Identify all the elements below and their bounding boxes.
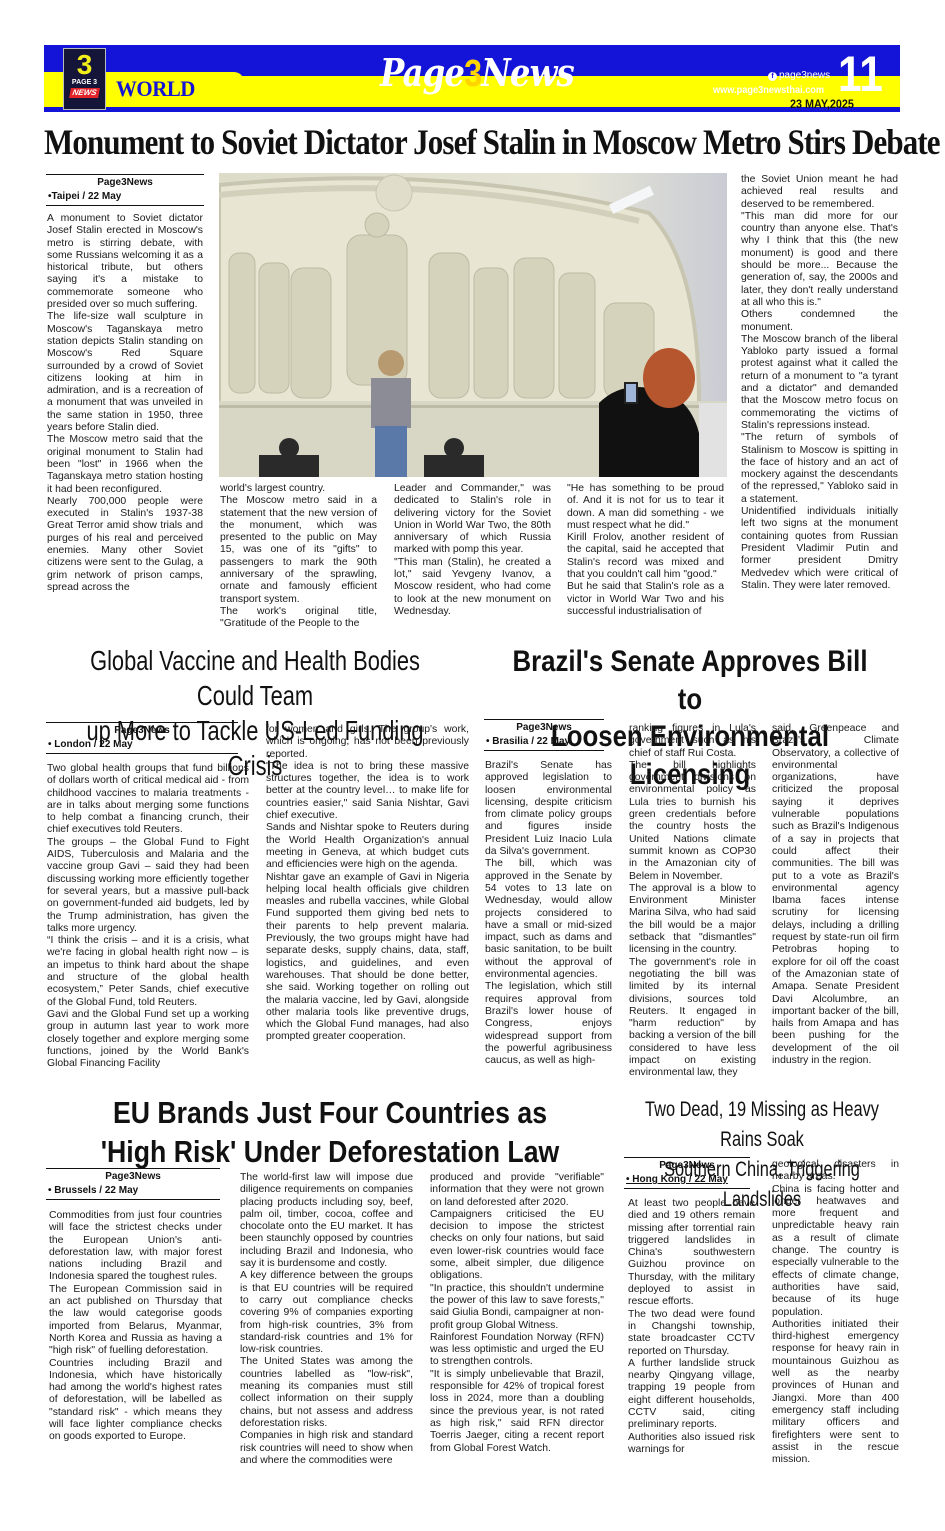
article-column: world's largest country. The Moscow metr… [220, 483, 377, 631]
paragraph: Campaigners criticised the EU decision t… [430, 1209, 604, 1283]
paragraph: Gavi and the Global Fund set up a workin… [47, 1009, 249, 1070]
byline-agency: Page3News [624, 1159, 750, 1173]
paragraph: world's largest country. [220, 483, 377, 495]
paragraph: Nishtar gave an example of Gavi in Niger… [266, 872, 469, 1044]
paragraph: "He has something to be proud of. And it… [567, 483, 724, 532]
paragraph: The legislation, which still requires ap… [485, 981, 612, 1067]
brand-left: Page [380, 50, 464, 95]
brand-number: 3 [464, 53, 481, 95]
logo-number: 3 [64, 51, 105, 79]
byline-agency: Page3News [484, 721, 604, 735]
paragraph: Kirill Frolov, another resident of the c… [567, 532, 724, 581]
masthead-bottom-rule [44, 107, 900, 112]
paragraph: The world-first law will impose due dili… [240, 1172, 413, 1270]
paragraph: The government's role in negotiating the… [629, 957, 756, 1080]
byline: Page3News •Taipei / 22 May [46, 174, 204, 206]
byline-dateline: • Brasilia / 22 May [484, 735, 604, 749]
byline: Page3News • London / 22 May [46, 722, 238, 754]
paragraph: Sands and Nishtar spoke to Reuters durin… [266, 822, 469, 871]
paragraph: "This man did more for our country than … [741, 211, 898, 309]
paragraph: Two global health groups that fund billi… [47, 763, 249, 837]
paragraph: "The return of symbols of Stalinism to M… [741, 432, 898, 506]
paragraph: The work's original title, "Gratitude of… [220, 606, 377, 631]
article-column: "He has something to be proud of. And it… [567, 483, 724, 618]
headline-line: Brazil's Senate Approves Bill to [508, 643, 873, 718]
paragraph: China is facing hotter and longer heatwa… [772, 1184, 899, 1319]
social-handle-text: page3news [779, 70, 830, 81]
section-label: WORLD [116, 78, 195, 100]
facebook-icon: f [768, 72, 777, 81]
paragraph: The groups – the Global Fund to Fight AI… [47, 837, 249, 935]
headline-line: Two Dead, 19 Missing as Heavy Rains Soak [645, 1095, 879, 1155]
paragraph: "In practice, this shouldn't undermine t… [430, 1283, 604, 1332]
stalin-monument-photo-icon [219, 173, 727, 477]
paragraph: Rainforest Foundation Norway (RFN) was l… [430, 1332, 604, 1369]
byline-agency: Page3News [46, 724, 238, 738]
paragraph: "The idea is not to bring these massive … [266, 761, 469, 822]
logo: 3 PAGE 3 NEWS [63, 48, 106, 110]
article-column: for women and girls. The group's work, w… [266, 724, 469, 1044]
paragraph: ranking figures in Lula's government suc… [629, 723, 756, 760]
byline-dateline: • Brussels / 22 May [46, 1184, 220, 1198]
article-column: the Soviet Union meant he had achieved r… [741, 174, 898, 592]
byline-dateline: •Taipei / 22 May [46, 190, 204, 204]
paragraph: Brazil's Senate has approved legislation… [485, 760, 612, 858]
paragraph: "It is simply unbelievable that Brazil, … [430, 1369, 604, 1455]
paragraph: The life-size wall sculpture in Moscow's… [47, 311, 203, 434]
paragraph: The Moscow metro said that the original … [47, 434, 203, 495]
byline: Page3News • Hong Kong / 22 May [624, 1157, 750, 1189]
paragraph: Authorities initiated their third-highes… [772, 1319, 899, 1467]
paragraph: Unidentified individuals initially left … [741, 506, 898, 592]
paragraph: The approval is a blow to Environment Mi… [629, 883, 756, 957]
byline: Page3News • Brussels / 22 May [46, 1168, 220, 1200]
article-column: Brazil's Senate has approved legislation… [485, 760, 612, 1067]
headline-line: Global Vaccine and Health Bodies Could T… [72, 643, 439, 713]
paragraph: The United States was among the countrie… [240, 1356, 413, 1430]
article-photo [219, 173, 727, 477]
issue-date: 23 MAY,2025 [790, 98, 854, 110]
paragraph: geological disasters in nearby areas. [772, 1159, 899, 1184]
paragraph: The European Commission said in an act p… [49, 1284, 222, 1358]
paragraph: Others condemned the monument. [741, 309, 898, 334]
paragraph: At least two people have died and 19 oth… [628, 1198, 755, 1309]
paragraph: for women and girls. The group's work, w… [266, 724, 469, 761]
article-column: At least two people have died and 19 oth… [628, 1198, 755, 1456]
paragraph: “I think the crisis – and it is a crisis… [47, 935, 249, 1009]
paragraph: Companies in high risk and standard risk… [240, 1430, 413, 1467]
byline: Page3News • Brasilia / 22 May [484, 719, 604, 751]
byline-agency: Page3News [46, 176, 204, 190]
paragraph: But he said that Stalin's role as a vict… [567, 581, 724, 618]
article-column: produced and provide "verifiable" inform… [430, 1172, 604, 1455]
paragraph: Nearly 700,000 people were executed in S… [47, 496, 203, 594]
paragraph: produced and provide "verifiable" inform… [430, 1172, 604, 1209]
paragraph: Countries including Brazil and Indonesia… [49, 1358, 222, 1444]
article-column: A monument to Soviet dictator Josef Stal… [47, 213, 203, 594]
brand-right: News [481, 50, 574, 95]
byline-dateline: • London / 22 May [46, 738, 238, 752]
paragraph: Leader and Commander," was dedicated to … [394, 483, 551, 557]
article-column: Leader and Commander," was dedicated to … [394, 483, 551, 618]
paragraph: The Moscow metro said in a statement tha… [220, 495, 377, 606]
article-headline: EU Brands Just Four Countries as 'High R… [40, 1094, 620, 1172]
paragraph: the Soviet Union meant he had achieved r… [741, 174, 898, 211]
article-column: The world-first law will impose due dili… [240, 1172, 413, 1467]
paragraph: The two dead were found in Changshi town… [628, 1309, 755, 1358]
logo-badge: NEWS [69, 88, 100, 98]
paragraph: Commodities from just four countries wil… [49, 1210, 222, 1284]
article-column: said. Greenpeace and Brazil's Climate Ob… [772, 723, 899, 1067]
headline-line: EU Brands Just Four Countries as [81, 1094, 580, 1133]
brand-wordmark: Page3News [380, 52, 574, 95]
byline-agency: Page3News [46, 1170, 220, 1184]
article-column: Commodities from just four countries wil… [49, 1210, 222, 1444]
paragraph: The Moscow branch of the liberal Yabloko… [741, 334, 898, 432]
article-headline: Monument to Soviet Dictator Josef Stalin… [44, 122, 784, 162]
byline-dateline: • Hong Kong / 22 May [624, 1173, 750, 1187]
paragraph: A further landslide struck nearby Qingya… [628, 1358, 755, 1432]
article-column: ranking figures in Lula's government suc… [629, 723, 756, 1080]
article-column: geological disasters in nearby areas. Ch… [772, 1159, 899, 1466]
logo-text: PAGE 3 [64, 79, 105, 87]
paragraph: "This man (Stalin), he created a lot," s… [394, 557, 551, 618]
paragraph: A monument to Soviet dictator Josef Stal… [47, 213, 203, 311]
social-handle[interactable]: fpage3news [768, 70, 830, 82]
paragraph: The bill, which was approved in the Sena… [485, 858, 612, 981]
article-column: Two global health groups that fund billi… [47, 763, 249, 1070]
paragraph: Authorities also issued risk warnings fo… [628, 1432, 755, 1457]
headline-line: 'High Risk' Under Deforestation Law [81, 1133, 580, 1172]
paragraph: The bill highlights government divisions… [629, 760, 756, 883]
paragraph: A key difference between the groups is t… [240, 1270, 413, 1356]
page-number: 11 [838, 48, 883, 100]
paragraph: said. Greenpeace and Brazil's Climate Ob… [772, 723, 899, 1067]
website-link[interactable]: www.page3newsthai.com [713, 85, 824, 97]
